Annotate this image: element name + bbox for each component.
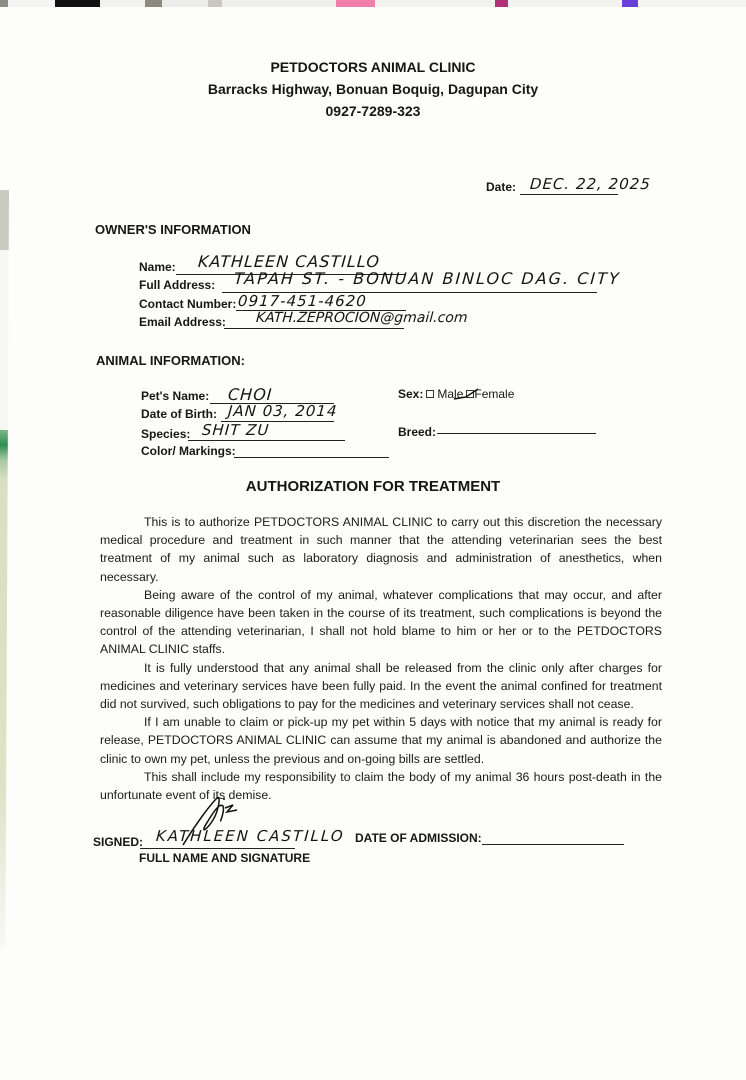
signed-line <box>140 848 295 849</box>
email-line <box>224 328 404 329</box>
color-label: Color/ Markings: <box>141 444 236 458</box>
authorization-paragraph: This is to authorize PETDOCTORS ANIMAL C… <box>100 513 662 586</box>
email-value[interactable]: KATH.ZEPROCION@gmail.com <box>255 310 468 326</box>
admission-label: DATE OF ADMISSION: <box>355 831 482 845</box>
species-line <box>188 440 345 441</box>
address-value[interactable]: TAPAH ST. - BONUAN BINLOC DAG. CITY <box>233 269 621 288</box>
clinic-phone: 0927-7289-323 <box>0 103 746 119</box>
dob-label: Date of Birth: <box>141 407 217 421</box>
authorization-body: This is to authorize PETDOCTORS ANIMAL C… <box>100 513 662 804</box>
female-check-mark-icon <box>452 386 482 402</box>
signed-label: SIGNED: <box>93 835 143 849</box>
date-label: Date: <box>486 180 516 194</box>
clinic-address: Barracks Highway, Bonuan Boquig, Dagupan… <box>0 81 746 97</box>
breed-line <box>437 433 596 434</box>
signed-value[interactable]: KATHLEEN CASTILLO <box>155 827 345 845</box>
species-label: Species: <box>141 427 190 441</box>
signature-caption: FULL NAME AND SIGNATURE <box>139 851 310 865</box>
email-label: Email Address: <box>139 315 226 329</box>
date-value[interactable]: DEC. 22, 2025 <box>529 175 651 193</box>
sex-male-checkbox[interactable] <box>426 390 434 398</box>
authorization-paragraph: If I am unable to claim or pick-up my pe… <box>100 713 662 768</box>
owner-section-title: OWNER'S INFORMATION <box>95 222 251 237</box>
authorization-paragraph: It is fully understood that any animal s… <box>100 659 662 714</box>
authorization-title: AUTHORIZATION FOR TREATMENT <box>0 478 746 495</box>
breed-label: Breed: <box>398 425 436 439</box>
pet-name-label: Pet's Name: <box>141 389 209 403</box>
name-label: Name: <box>139 260 176 274</box>
authorization-paragraph: Being aware of the control of my animal,… <box>100 586 662 659</box>
address-label: Full Address: <box>139 278 215 292</box>
contact-value[interactable]: 0917-451-4620 <box>237 292 367 310</box>
contact-label: Contact Number: <box>139 297 236 311</box>
consent-form-page: PETDOCTORS ANIMAL CLINIC Barracks Highwa… <box>0 0 746 1080</box>
date-line <box>520 194 618 195</box>
sex-label: Sex: <box>398 387 423 401</box>
species-value[interactable]: SHIT ZU <box>201 421 270 439</box>
dob-value[interactable]: JAN 03, 2014 <box>227 402 338 420</box>
clinic-name: PETDOCTORS ANIMAL CLINIC <box>0 59 746 75</box>
color-line <box>234 457 389 458</box>
admission-line <box>482 844 624 845</box>
animal-section-title: ANIMAL INFORMATION: <box>96 353 245 368</box>
